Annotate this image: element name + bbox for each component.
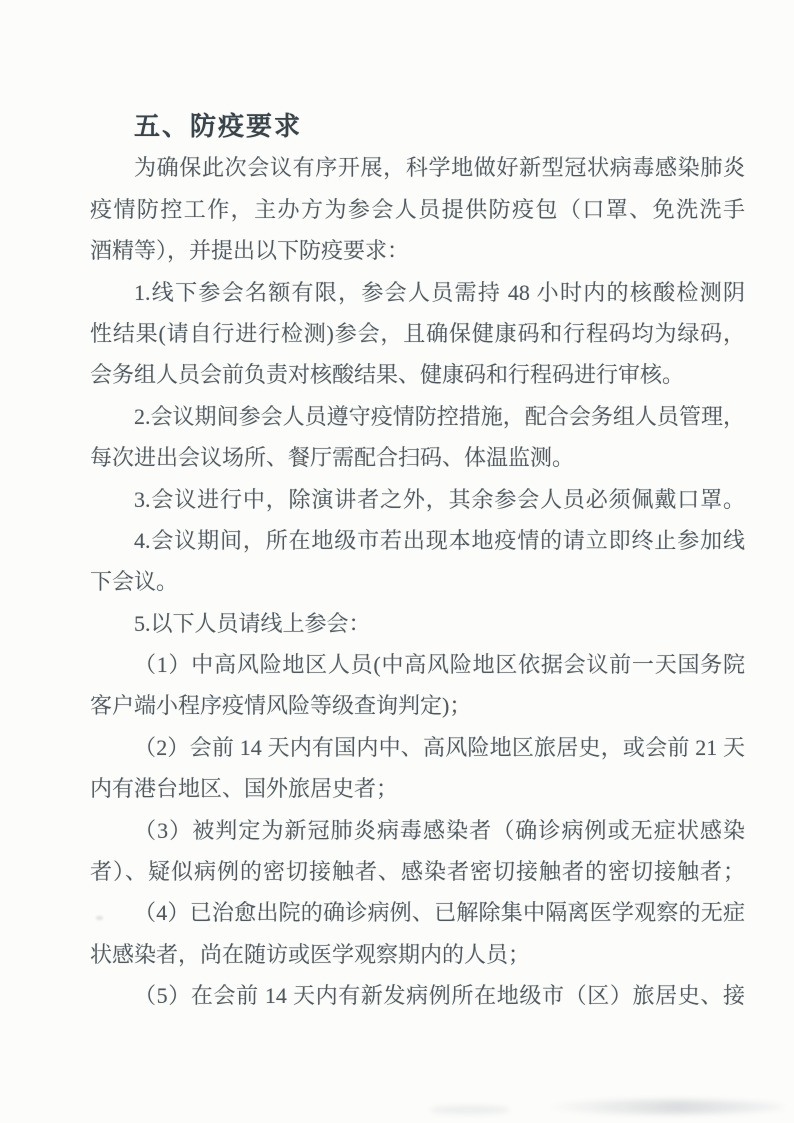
text-line: 1.线下参会名额有限，参会人员需持 48 小时内的核酸检测阴 <box>90 272 745 313</box>
text-line: 状感染者，尚在随访或医学观察期内的人员； <box>90 934 745 975</box>
text-line: 5.以下人员请线上参会： <box>90 603 745 644</box>
text-line: 4.会议期间，所在地级市若出现本地疫情的请立即终止参加线 <box>90 520 745 561</box>
text-line: （3）被判定为新冠肺炎病毒感染者（确诊病例或无症状感染 <box>90 810 745 851</box>
text-line: 者）、疑似病例的密切接触者、感染者密切接触者的密切接触者； <box>90 851 745 892</box>
text-line: 疫情防控工作，主办方为参会人员提供防疫包（口罩、免洗洗手液、 <box>90 189 745 230</box>
document-body: 五、防疫要求为确保此次会议有序开展，科学地做好新型冠状病毒感染肺炎疫情防控工作，… <box>90 106 745 1017</box>
text-line: 2.会议期间参会人员遵守疫情防控措施，配合会务组人员管理， <box>90 396 745 437</box>
text-line: 为确保此次会议有序开展，科学地做好新型冠状病毒感染肺炎 <box>90 147 745 188</box>
text-line: （4）已治愈出院的确诊病例、已解除集中隔离医学观察的无症 <box>90 892 745 933</box>
text-line: 每次进出会议场所、餐厅需配合扫码、体温监测。 <box>90 437 745 478</box>
text-line: 会务组人员会前负责对核酸结果、健康码和行程码进行审核。 <box>90 354 745 395</box>
text-line: 3.会议进行中，除演讲者之外，其余参会人员必须佩戴口罩。 <box>90 479 745 520</box>
text-line: 内有港台地区、国外旅居史者； <box>90 768 745 809</box>
text-line: （2）会前 14 天内有国内中、高风险地区旅居史，或会前 21 天 <box>90 727 745 768</box>
scanned-document-page: 五、防疫要求为确保此次会议有序开展，科学地做好新型冠状病毒感染肺炎疫情防控工作，… <box>0 0 794 1123</box>
text-line: 酒精等），并提出以下防疫要求： <box>90 230 745 271</box>
section-heading: 五、防疫要求 <box>90 106 745 147</box>
text-line: 下会议。 <box>90 561 745 602</box>
scan-shadow-artifact-small <box>430 1106 510 1114</box>
scan-speck-artifact <box>96 916 103 920</box>
text-line: （5）在会前 14 天内有新发病例所在地级市（区）旅居史、接 <box>90 975 745 1016</box>
text-line: 客户端小程序疫情风险等级查询判定)； <box>90 685 745 726</box>
text-line: （1）中高风险地区人员(中高风险地区依据会议前一天国务院 <box>90 644 745 685</box>
text-line: 性结果(请自行进行检测)参会，且确保健康码和行程码均为绿码， <box>90 313 745 354</box>
scan-shadow-artifact <box>545 1100 785 1114</box>
